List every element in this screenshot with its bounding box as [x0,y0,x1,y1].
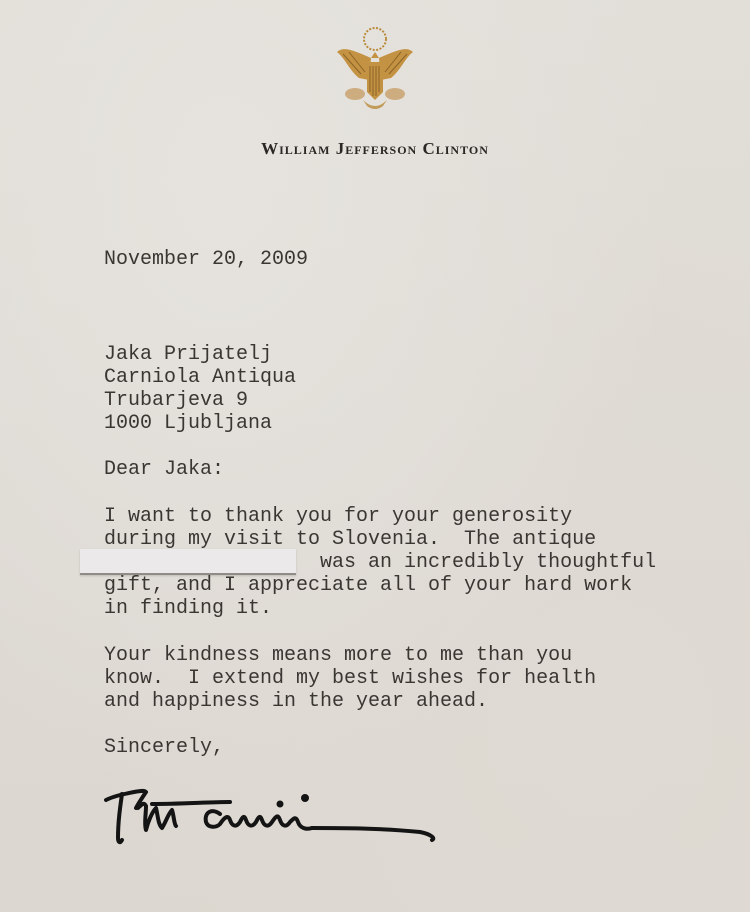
recipient-company: Carniola Antiqua [104,366,296,389]
salutation: Dear Jaka: [104,458,224,481]
letter-paper [0,0,750,912]
recipient-name: Jaka Prijatelj [104,343,296,366]
recipient-address: Jaka PrijateljCarniola AntiquaTrubarjeva… [104,343,296,435]
recipient-street: Trubarjeva 9 [104,389,296,412]
letter-date: November 20, 2009 [104,248,308,271]
presidential-eagle-seal-icon [333,22,417,118]
paragraph-line: gift, and I appreciate all of your hard … [104,574,656,597]
paragraph-line: in finding it. [104,597,656,620]
handwritten-signature-icon [100,778,460,860]
letterhead-name: William Jefferson Clinton [0,139,750,159]
redaction-sticker [80,549,296,575]
paragraph-line: Your kindness means more to me than you [104,644,596,667]
paragraph-line: and happiness in the year ahead. [104,690,596,713]
paragraph-line: during my visit to Slovenia. The antique [104,528,656,551]
paragraph-2: Your kindness means more to me than youk… [104,644,596,713]
paragraph-line: know. I extend my best wishes for health [104,667,596,690]
paragraph-line: I want to thank you for your generosity [104,505,656,528]
recipient-city: 1000 Ljubljana [104,412,296,435]
closing: Sincerely, [104,736,224,759]
